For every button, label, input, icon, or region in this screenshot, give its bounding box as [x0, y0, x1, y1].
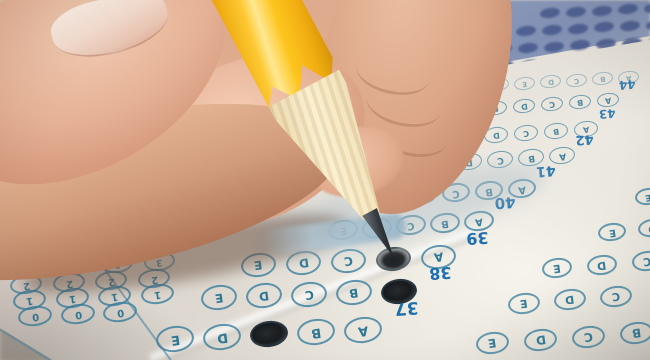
photo-canvas: 44ABCDE43ABCDE42ABCDE41ABCDE40ABCDE39ACD… [0, 0, 650, 360]
